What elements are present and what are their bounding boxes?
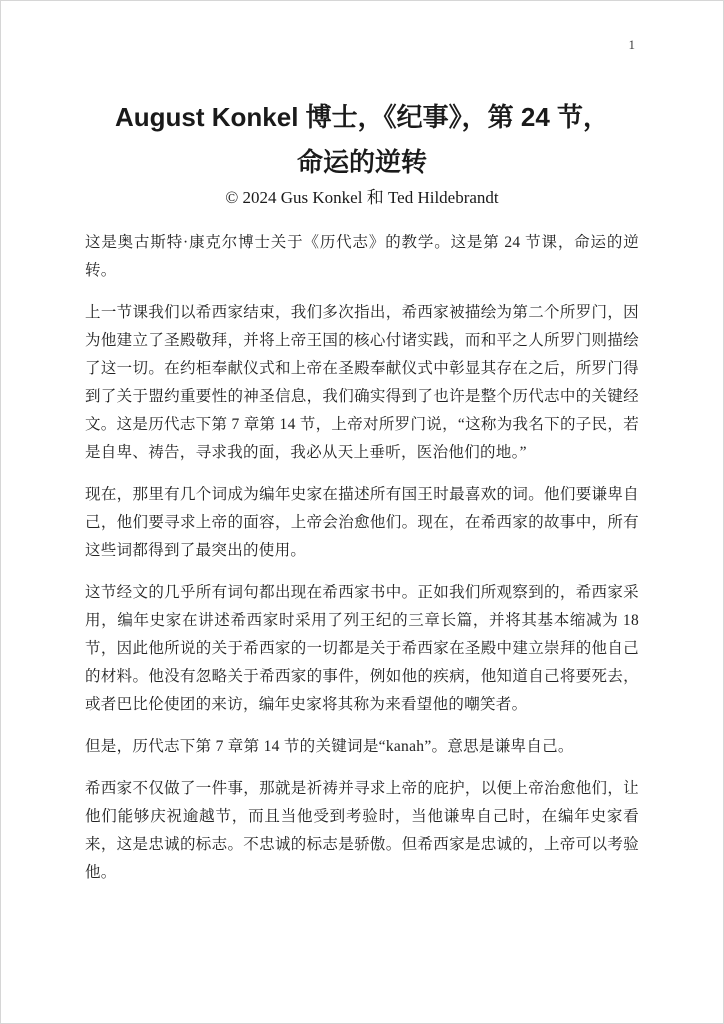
paragraph-4: 这节经文的几乎所有词句都出现在希西家书中。正如我们所观察到的，希西家采用，编年史… [85, 579, 639, 719]
paragraph-1: 这是奥古斯特·康克尔博士关于《历代志》的教学。这是第 24 节课，命运的逆转。 [85, 229, 639, 285]
title-line-2: 命运的逆转 [85, 140, 639, 185]
paragraph-3: 现在，那里有几个词成为编年史家在描述所有国王时最喜欢的词。他们要谦卑自己，他们要… [85, 481, 639, 565]
paragraph-5: 但是，历代志下第 7 章第 14 节的关键词是“kanah”。意思是谦卑自己。 [85, 733, 639, 761]
paragraph-6: 希西家不仅做了一件事，那就是祈祷并寻求上帝的庇护，以便上帝治愈他们，让他们能够庆… [85, 775, 639, 887]
document-page: 1 August Konkel 博士，《纪事》，第 24 节， 命运的逆转 © … [0, 0, 724, 1024]
paragraph-2: 上一节课我们以希西家结束，我们多次指出，希西家被描绘为第二个所罗门，因为他建立了… [85, 299, 639, 467]
title-line-1: August Konkel 博士，《纪事》，第 24 节， [85, 95, 639, 140]
document-title: August Konkel 博士，《纪事》，第 24 节， 命运的逆转 [85, 1, 639, 185]
page-number: 1 [629, 37, 636, 53]
document-body: 这是奥古斯特·康克尔博士关于《历代志》的教学。这是第 24 节课，命运的逆转。 … [85, 229, 639, 887]
copyright-line: © 2024 Gus Konkel 和 Ted Hildebrandt [85, 187, 639, 209]
